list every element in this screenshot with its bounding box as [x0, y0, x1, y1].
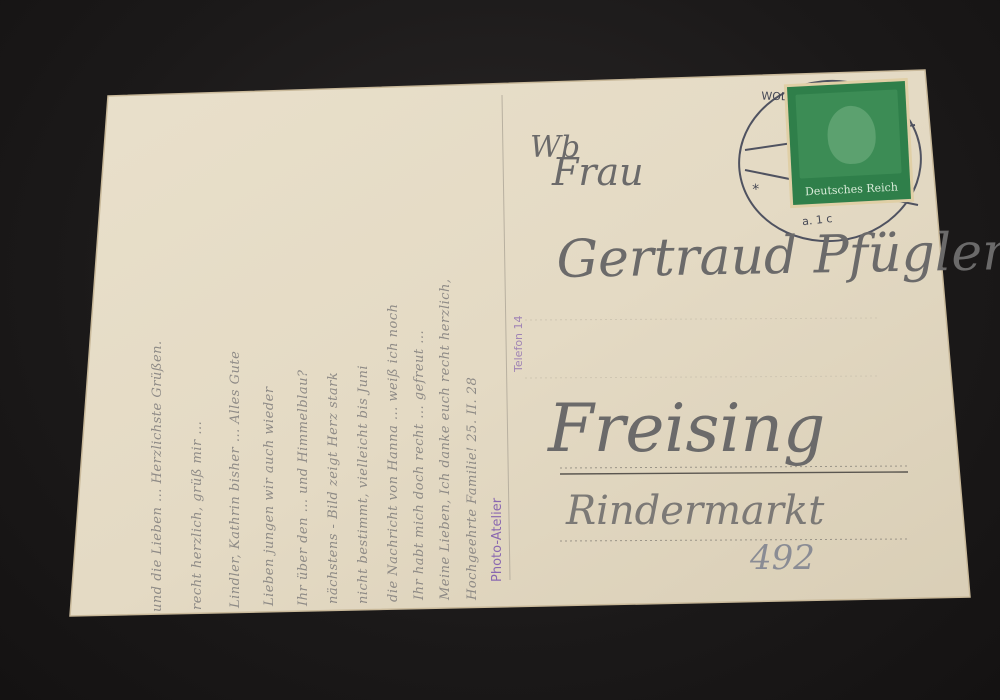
message-line: und die Lieben ... Herzlichste Grüßen.	[150, 340, 165, 612]
message-line: nächstens - Bild zeigt Herz stark	[326, 372, 341, 604]
postmark-star: *	[752, 182, 761, 199]
stamp-label: Deutsches Reich	[792, 180, 911, 199]
message-line: die Nachricht von Hanna ... weiß ich noc…	[386, 304, 401, 602]
message-line: nicht bestimmt, vielleicht bis Juni	[356, 365, 371, 604]
imprint-photo-atelier: Photo-Atelier	[490, 498, 505, 582]
stamp-image	[795, 89, 901, 178]
address-salutation-2: Frau	[552, 150, 644, 194]
address-street: Rindermarkt	[566, 488, 824, 534]
portrait-icon	[826, 105, 877, 165]
message-line: Lieben jungen wir auch wieder	[262, 386, 277, 606]
address-house-number: 492	[750, 538, 815, 578]
message-line: Ihr über den ... und Himmelblau?	[296, 370, 311, 606]
postage-stamp: Deutsches Reich	[787, 81, 911, 205]
postcard: Hochgeehrte Familie! 25. II. 28 Meine Li…	[0, 0, 1000, 700]
address-city: Freising	[548, 390, 825, 467]
address-recipient: Gertraud Pfügler	[556, 222, 1000, 290]
imprint-telefon: Telefon 14	[512, 315, 525, 372]
message-line: recht herzlich, grüß mir ...	[190, 421, 205, 610]
message-line: Lindler, Kathrin bisher ... Alles Gute	[228, 351, 243, 608]
message-line: Hochgeehrte Familie! 25. II. 28	[465, 377, 480, 600]
message-line: Ihr habt mich doch recht ... gefreut ...	[412, 330, 427, 600]
message-line: Meine Lieben, Ich danke euch recht herzl…	[438, 278, 453, 600]
